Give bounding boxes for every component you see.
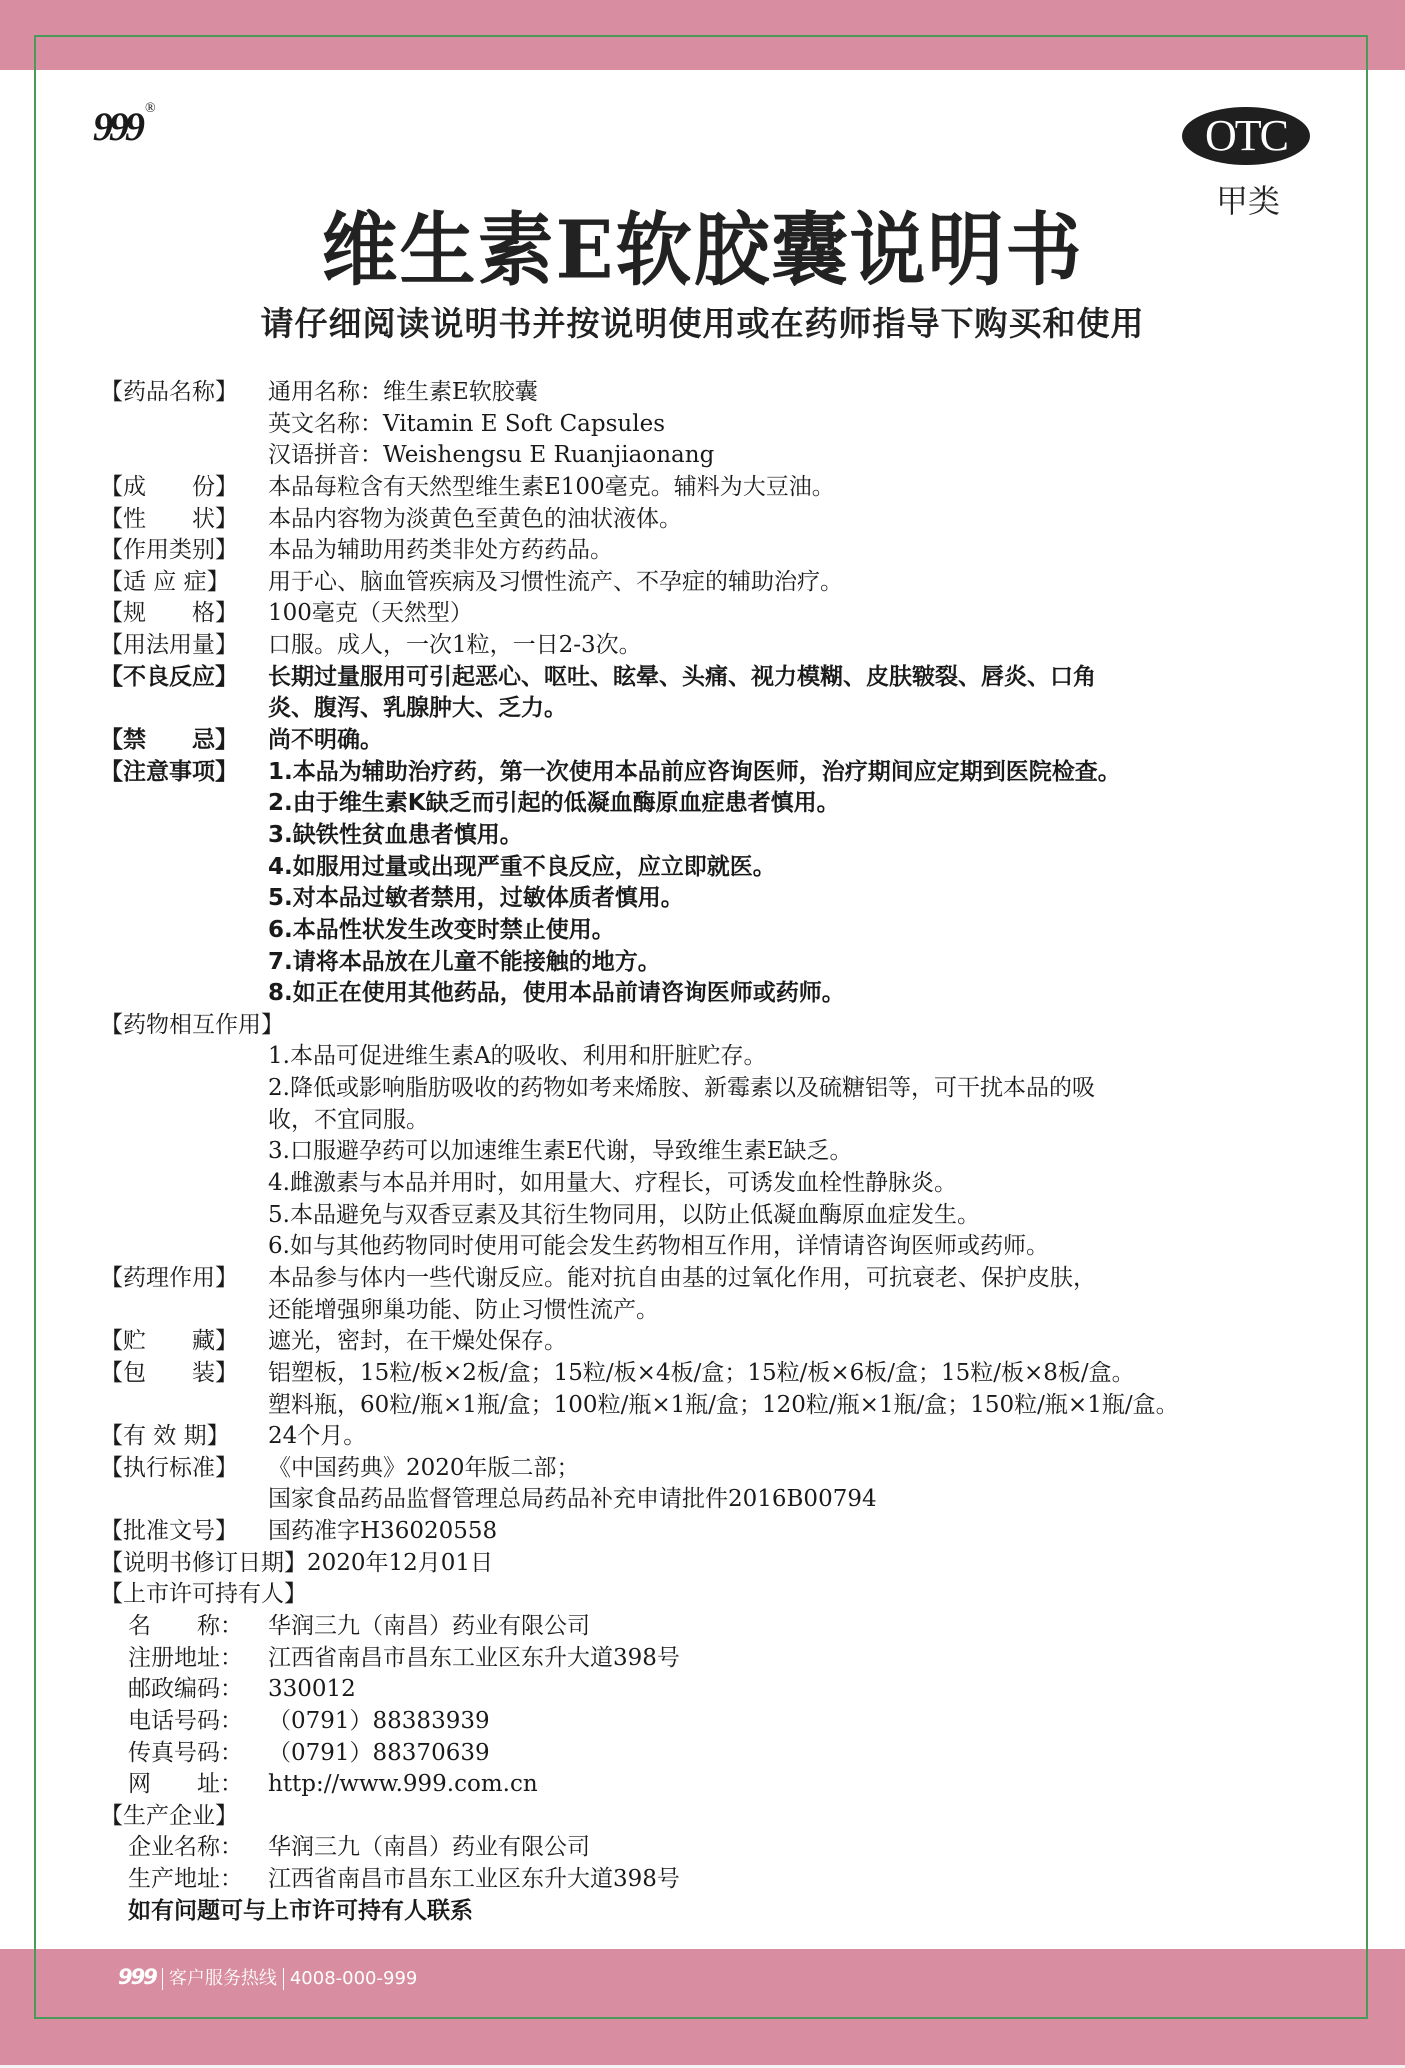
section-standard: 【执行标准】《中国药典》2020年版二部； — [100, 1453, 1360, 1485]
section-spec: 【规 格】100毫克（天然型） — [100, 598, 1360, 630]
holder-fax: 传真号码：（0791）88370639 — [100, 1738, 1360, 1770]
document-title: 维生素E软胶囊说明书 — [0, 198, 1405, 303]
precaution-item: 7.请将本品放在儿童不能接触的地方。 — [100, 947, 1360, 979]
interaction-item: 2.降低或影响脂肪吸收的药物如考来烯胺、新霉素以及硫糖铝等，可干扰本品的吸 — [100, 1073, 1360, 1105]
section-indications: 【适 应 症】用于心、脑血管疾病及习惯性流产、不孕症的辅助治疗。 — [100, 567, 1360, 599]
footer-hotline: 999客户服务热线4008-000-999 — [118, 1963, 417, 1993]
interaction-item: 收，不宜同服。 — [100, 1105, 1360, 1137]
footer-logo: 999 — [118, 1965, 156, 1989]
otc-badge: OTC — [1182, 107, 1310, 165]
section-adverse-line: 炎、腹泻、乳腺肿大、乏力。 — [100, 693, 1360, 725]
hotline-label: 客户服务热线 — [169, 1968, 277, 1989]
interaction-item: 6.如与其他药物同时使用可能会发生药物相互作用，详情请咨询医师或药师。 — [100, 1231, 1360, 1263]
section-approval: 【批准文号】国药准字H36020558 — [100, 1516, 1360, 1548]
precaution-item: 5.对本品过敏者禁用，过敏体质者慎用。 — [100, 883, 1360, 915]
registered-mark-icon: ® — [145, 101, 156, 116]
section-name: 【药品名称】通用名称：维生素E软胶囊 — [100, 377, 1360, 409]
precaution-item: 3.缺铁性贫血患者慎用。 — [100, 820, 1360, 852]
holder-postcode: 邮政编码：330012 — [100, 1674, 1360, 1706]
section-name-line: 英文名称：Vitamin E Soft Capsules — [100, 409, 1360, 441]
section-packaging-line: 塑料瓶，60粒/瓶×1瓶/盒；100粒/瓶×1瓶/盒；120粒/瓶×1瓶/盒；1… — [100, 1390, 1360, 1422]
brand-logo-text: 999 — [93, 104, 141, 149]
section-standard-line: 国家食品药品监督管理总局药品补充申请批件2016B00794 — [100, 1484, 1360, 1516]
precaution-item: 2.由于维生素K缺乏而引起的低凝血酶原血症患者慎用。 — [100, 788, 1360, 820]
section-precautions: 【注意事项】1.本品为辅助治疗药，第一次使用本品前应咨询医师，治疗期间应定期到医… — [100, 757, 1360, 789]
section-appearance: 【性 状】本品内容物为淡黄色至黄色的油状液体。 — [100, 504, 1360, 536]
document-subtitle: 请仔细阅读说明书并按说明使用或在药师指导下购买和使用 — [0, 300, 1405, 348]
footer-divider — [162, 1968, 163, 1990]
leaflet-body: 【药品名称】通用名称：维生素E软胶囊 英文名称：Vitamin E Soft C… — [100, 377, 1360, 1927]
top-band — [0, 0, 1405, 70]
hotline-number: 4008-000-999 — [290, 1968, 418, 1989]
precaution-item: 8.如正在使用其他药品，使用本品前请咨询医师或药师。 — [100, 978, 1360, 1010]
section-pharmacology-line: 还能增强卵巢功能、防止习惯性流产。 — [100, 1295, 1360, 1327]
interaction-item: 3.口服避孕药可以加速维生素E代谢，导致维生素E缺乏。 — [100, 1136, 1360, 1168]
section-dosage: 【用法用量】口服。成人，一次1粒，一日2-3次。 — [100, 630, 1360, 662]
holder-address: 注册地址：江西省南昌市昌东工业区东升大道398号 — [100, 1643, 1360, 1675]
manufacturer-name: 企业名称：华润三九（南昌）药业有限公司 — [100, 1832, 1360, 1864]
interaction-item: 5.本品避免与双香豆素及其衍生物同用，以防止低凝血酶原血症发生。 — [100, 1200, 1360, 1232]
footer-divider — [283, 1968, 284, 1990]
contact-note: 如有问题可与上市许可持有人联系 — [100, 1896, 1360, 1928]
section-category: 【作用类别】本品为辅助用药类非处方药药品。 — [100, 535, 1360, 567]
section-holder: 【上市许可持有人】 — [100, 1579, 1360, 1611]
section-ingredients: 【成 份】本品每粒含有天然型维生素E100毫克。辅料为大豆油。 — [100, 472, 1360, 504]
brand-logo: 999® — [93, 103, 152, 150]
interaction-item: 4.雌激素与本品并用时，如用量大、疗程长，可诱发血栓性静脉炎。 — [100, 1168, 1360, 1200]
section-interactions: 【药物相互作用】 — [100, 1010, 1360, 1042]
holder-name: 名 称：华润三九（南昌）药业有限公司 — [100, 1611, 1360, 1643]
section-revision-date: 【说明书修订日期】2020年12月01日 — [100, 1548, 1360, 1580]
precaution-item: 6.本品性状发生改变时禁止使用。 — [100, 915, 1360, 947]
section-pharmacology: 【药理作用】本品参与体内一些代谢反应。能对抗自由基的过氧化作用，可抗衰老、保护皮… — [100, 1263, 1360, 1295]
interaction-item: 1.本品可促进维生素A的吸收、利用和肝脏贮存。 — [100, 1041, 1360, 1073]
manufacturer-address: 生产地址：江西省南昌市昌东工业区东升大道398号 — [100, 1864, 1360, 1896]
section-contraindications: 【禁 忌】尚不明确。 — [100, 725, 1360, 757]
section-validity: 【有 效 期】24个月。 — [100, 1421, 1360, 1453]
section-packaging: 【包 装】铝塑板，15粒/板×2板/盒；15粒/板×4板/盒；15粒/板×6板/… — [100, 1358, 1360, 1390]
holder-website: 网 址：http://www.999.com.cn — [100, 1769, 1360, 1801]
section-name-line: 汉语拼音：Weishengsu E Ruanjiaonang — [100, 440, 1360, 472]
precaution-item: 4.如服用过量或出现严重不良反应，应立即就医。 — [100, 852, 1360, 884]
section-manufacturer: 【生产企业】 — [100, 1801, 1360, 1833]
section-storage: 【贮 藏】遮光，密封，在干燥处保存。 — [100, 1326, 1360, 1358]
holder-phone: 电话号码：（0791）88383939 — [100, 1706, 1360, 1738]
section-adverse: 【不良反应】长期过量服用可引起恶心、呕吐、眩晕、头痛、视力模糊、皮肤皲裂、唇炎、… — [100, 662, 1360, 694]
